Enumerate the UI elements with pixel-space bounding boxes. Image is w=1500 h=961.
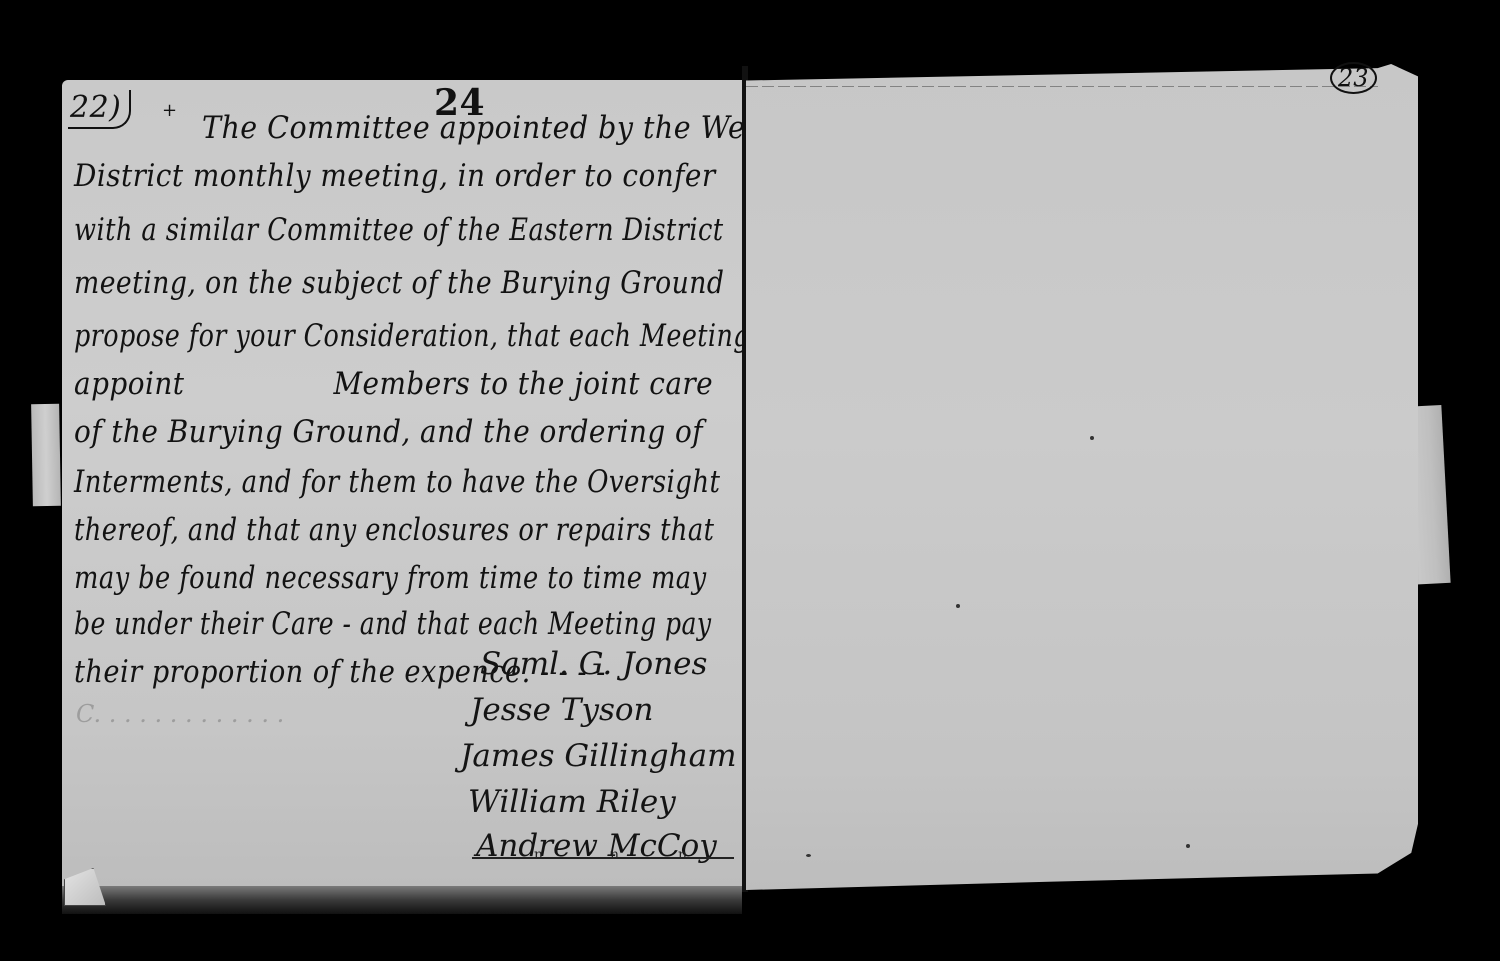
right-page: [746, 64, 1418, 890]
folio-number-left: 22): [68, 90, 131, 129]
left-page: 22) + 24 The Committee appointed by the …: [62, 80, 746, 886]
ink-speck: [1090, 436, 1094, 440]
text-line-2: District monthly meeting, in order to co…: [74, 158, 716, 194]
text-line-1: The Committee appointed by the Western: [202, 110, 823, 146]
ink-speck: [956, 604, 960, 608]
bleed-through-text: C. . . . . . . . . . . . .: [76, 700, 284, 728]
text-line-9: thereof, and that any enclosures or repa…: [74, 512, 714, 548]
left-page-tab: [31, 404, 61, 506]
text-line-7: of the Burying Ground, and the ordering …: [74, 414, 703, 450]
signature-4: William Riley: [468, 784, 676, 820]
signature-underline: n n n: [472, 857, 734, 859]
folio-number-right: 23: [1330, 62, 1377, 94]
text-line-4: meeting, on the subject of the Burying G…: [74, 265, 724, 301]
text-line-3: with a similar Committee of the Eastern …: [74, 212, 724, 248]
ink-speck: [806, 854, 811, 857]
scan-background: 22) + 24 The Committee appointed by the …: [0, 0, 1500, 961]
text-line-5: propose for your Consideration, that eac…: [74, 318, 750, 354]
text-line-8: Interments, and for them to have the Ove…: [74, 464, 720, 500]
top-ruled-line: [746, 86, 1378, 87]
signature-1: Saml. G. Jones: [480, 646, 707, 682]
signature-2: Jesse Tyson: [470, 692, 654, 728]
text-line-10: may be found necessary from time to time…: [74, 560, 707, 596]
text-line-6: appoint Members to the joint care: [74, 366, 713, 402]
text-line-11: be under their Care - and that each Meet…: [74, 606, 711, 642]
ink-speck: [1186, 844, 1190, 848]
cross-mark: +: [162, 100, 178, 121]
signature-3: James Gillingham: [460, 738, 737, 774]
